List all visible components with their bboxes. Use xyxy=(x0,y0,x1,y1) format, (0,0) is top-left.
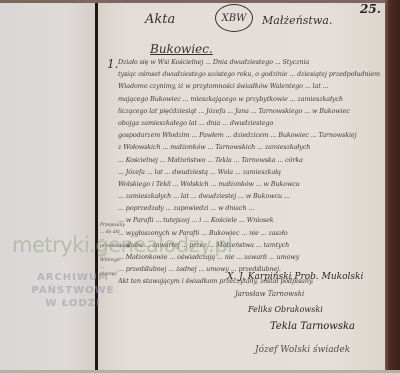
left-page-blank xyxy=(0,0,95,373)
body-line: Wolskiego i Tekli ... Wolskich ... małżo… xyxy=(118,178,380,190)
body-line: mającego Bukowiec ... mieszkającego w pr… xyxy=(118,93,380,105)
body-line: ... zamieszkałych ... lat ... dwudzieste… xyxy=(118,190,380,202)
body-line: Działo się w Wsi Kościelnej ... Dnia dwu… xyxy=(118,56,380,68)
scanned-register-spread: Akta XBW Małżeństwa. 25. Bukowiec. 1. Dz… xyxy=(0,0,400,373)
monogram-seal: XBW xyxy=(215,4,253,32)
header-record-type: Małżeństwa. xyxy=(262,14,332,27)
seal-monogram-text: XBW xyxy=(222,13,247,24)
signature-witness: Józef Wolski świadek xyxy=(255,345,350,355)
signature-witness: Feliks Obrakowski xyxy=(248,305,323,314)
book-cover-edge xyxy=(385,0,400,373)
body-line: ... Józefa ... lat ... dwudziestą ... Wo… xyxy=(118,166,380,178)
page-number: 25. xyxy=(360,2,381,16)
watermark-text: metryki.genealodzy.pl xyxy=(12,233,233,257)
signature-priest: X. J. Karpiński Prob. Mukolski xyxy=(227,272,363,282)
body-line: tysiąc ośmset dwudziestego szóstego roku… xyxy=(118,68,380,80)
body-line: liczącego lat pięćdziesiąt ... Józefa ..… xyxy=(118,105,380,117)
parish-name: Bukowiec. xyxy=(150,42,213,56)
signature-bride: Tekla Tarnowska xyxy=(270,321,355,332)
top-edge-shadow xyxy=(0,0,385,3)
stamp-line: PAŃSTWOWE xyxy=(18,284,128,297)
header-title-akta: Akta xyxy=(145,12,175,27)
stamp-line: W ŁODZI xyxy=(18,297,128,310)
body-line: ... w Parafii ... tutejszej ... i ... Ko… xyxy=(118,214,380,226)
body-line: gospodarzem Włodzim ... Pawłem ... dzied… xyxy=(118,129,380,141)
body-line: Wiadomo czynimy, iż w przytomności świad… xyxy=(118,80,380,92)
body-line: z Wołowskich ... małżonków ... Tarnowski… xyxy=(118,141,380,153)
signature-witness: Jarosław Tarnowski xyxy=(235,290,304,298)
entry-number: 1. xyxy=(107,57,118,71)
stamp-line: ARCHIWUM xyxy=(18,271,128,284)
body-line: obojga zamieszkałego lat ... dnia ... dw… xyxy=(118,117,380,129)
body-line: ... poprzedzały ... zapowiedzi ... w dni… xyxy=(118,202,380,214)
archive-stamp: ARCHIWUM PAŃSTWOWE W ŁODZI xyxy=(18,271,128,310)
body-line: ... Kościelnej ... Małżeństwo ... Tekla … xyxy=(118,154,380,166)
